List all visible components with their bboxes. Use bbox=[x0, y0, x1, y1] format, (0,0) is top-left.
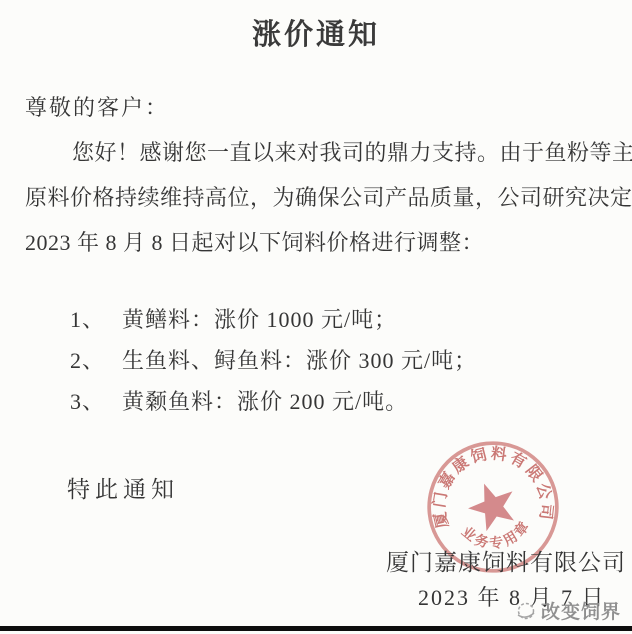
paragraph-line-2: 原料价格持续维持高位，为确保公司产品质量，公司研究决定从 bbox=[25, 181, 632, 212]
list-item-text: 生鱼料、鲟鱼料：涨价 300 元/吨； bbox=[122, 348, 477, 373]
notice-title: 涨价通知 bbox=[0, 12, 632, 53]
signature-company: 厦门嘉康饲料有限公司 bbox=[386, 544, 626, 577]
bottom-divider-bar bbox=[0, 626, 632, 631]
price-list-item-2: 2、生鱼料、鲟鱼料：涨价 300 元/吨； bbox=[70, 344, 477, 375]
price-list-item-3: 3、黄颡鱼料：涨价 200 元/吨。 bbox=[70, 385, 408, 416]
paragraph-line-1: 您好！感谢您一直以来对我司的鼎力支持。由于鱼粉等主要 bbox=[72, 136, 632, 167]
watermark-logo-icon bbox=[515, 600, 537, 622]
list-item-number: 2、 bbox=[70, 344, 122, 375]
list-item-text: 黄鳝料：涨价 1000 元/吨； bbox=[122, 307, 397, 332]
list-item-number: 3、 bbox=[70, 385, 122, 416]
closing-phrase: 特此通知 bbox=[67, 471, 179, 504]
watermark-text: 改变饲界 bbox=[541, 597, 621, 624]
list-item-number: 1、 bbox=[70, 303, 122, 334]
watermark: 改变饲界 bbox=[515, 597, 621, 624]
document-page: 涨价通知 尊敬的客户： 您好！感谢您一直以来对我司的鼎力支持。由于鱼粉等主要 原… bbox=[0, 0, 632, 634]
paragraph-line-3: 2023 年 8 月 8 日起对以下饲料价格进行调整： bbox=[25, 226, 484, 257]
list-item-text: 黄颡鱼料：涨价 200 元/吨。 bbox=[122, 389, 408, 414]
price-list-item-1: 1、黄鳝料：涨价 1000 元/吨； bbox=[70, 303, 397, 334]
seal-star-icon bbox=[462, 475, 523, 534]
salutation: 尊敬的客户： bbox=[25, 91, 169, 122]
